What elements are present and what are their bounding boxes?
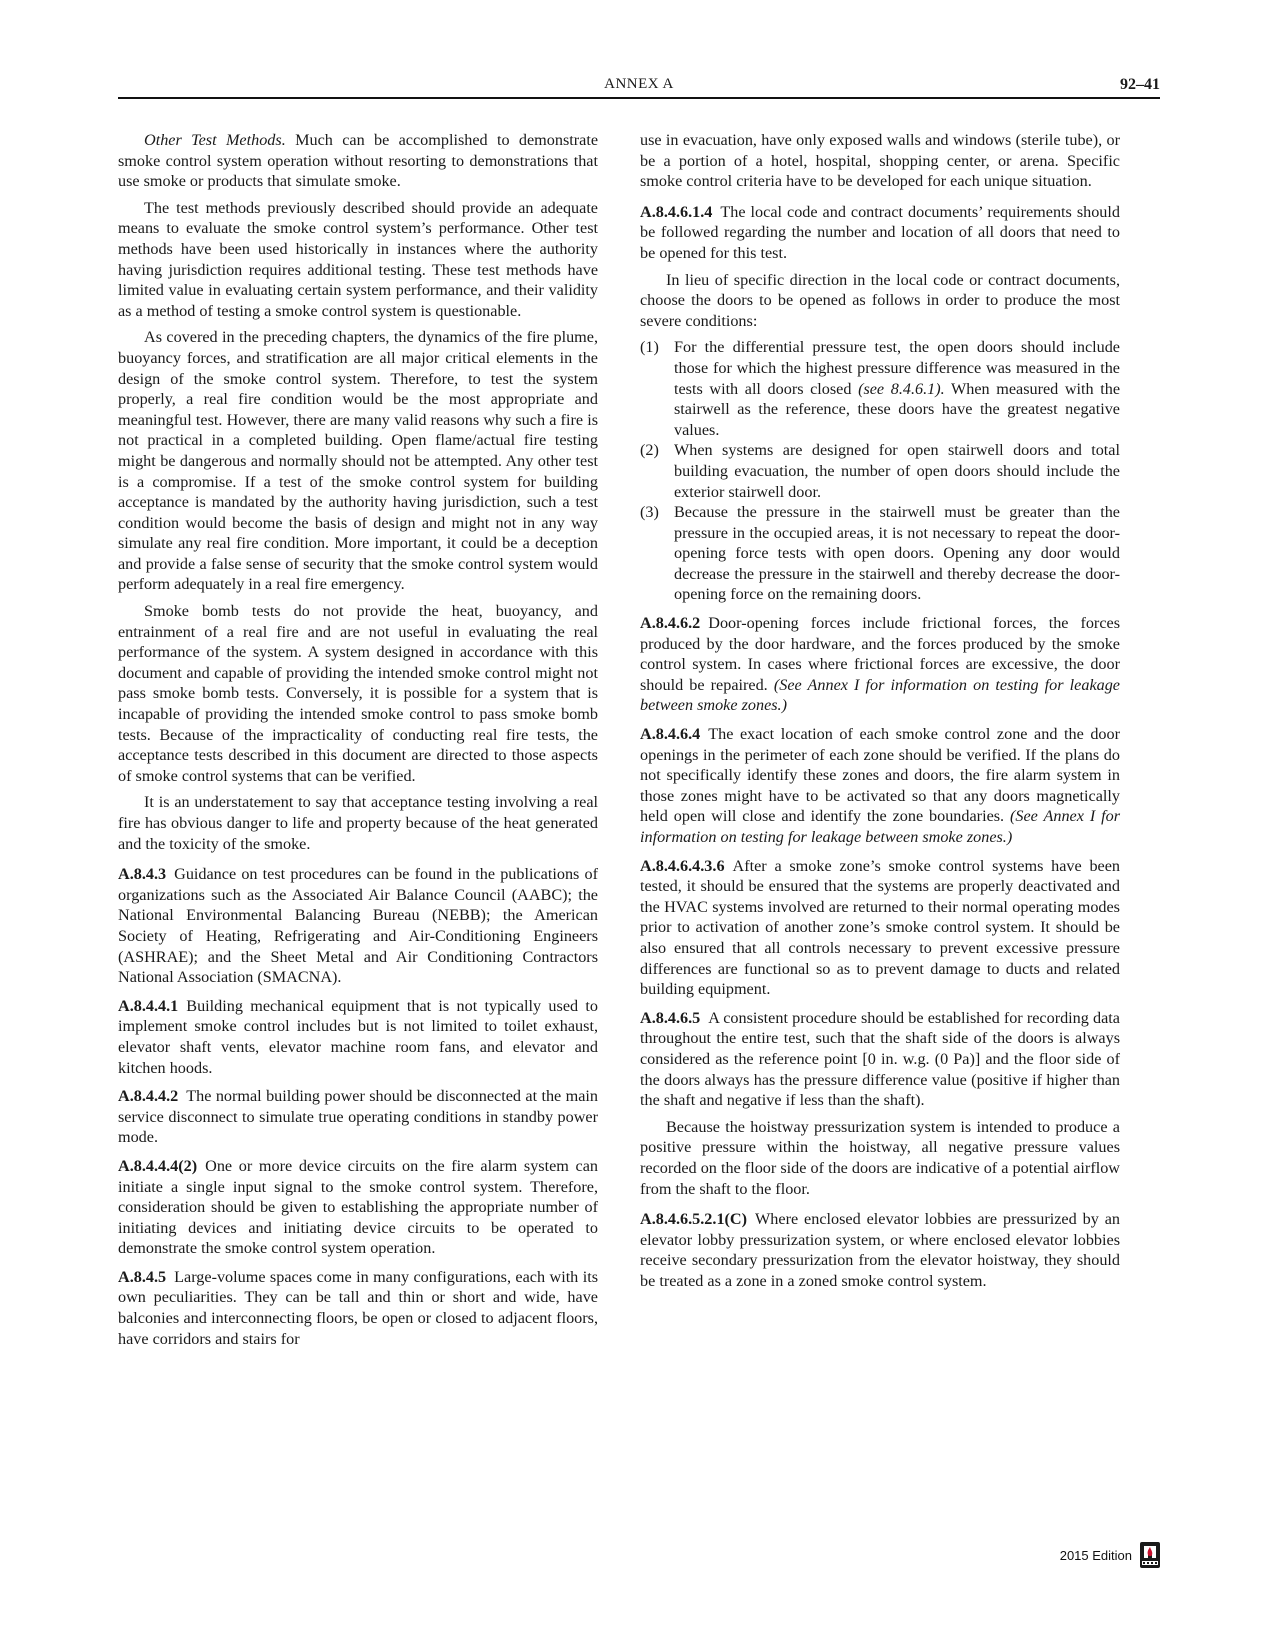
section-A-8-4-6-5-2-1-C: A.8.4.6.5.2.1(C)Where enclosed elevator …: [640, 1209, 1120, 1291]
list-number: (2): [640, 440, 659, 461]
list-item: (2)When systems are designed for open st…: [640, 440, 1120, 502]
section-number: A.8.4.4.4(2): [118, 1157, 197, 1175]
header-rule: [118, 97, 1160, 99]
section-A-8-4-6-4-3-6: A.8.4.6.4.3.6After a smoke zone’s smoke …: [640, 856, 1120, 1000]
paragraph: The test methods previously described sh…: [118, 198, 598, 322]
section-A-8-4-6-1-4: A.8.4.6.1.4The local code and contract d…: [640, 202, 1120, 264]
cross-reference: (see 8.4.6.1).: [858, 380, 945, 398]
section-number: A.8.4.5: [118, 1268, 166, 1286]
section-A-8-4-5: A.8.4.5Large-volume spaces come in many …: [118, 1267, 598, 1349]
section-number: A.8.4.3: [118, 865, 166, 883]
section-number: A.8.4.4.2: [118, 1087, 178, 1105]
list-item: (3)Because the pressure in the stairwell…: [640, 502, 1120, 605]
page-header: ANNEX A 92–41: [118, 76, 1160, 98]
list-number: (3): [640, 502, 659, 523]
section-A-8-4-4-4-2: A.8.4.4.4(2)One or more device circuits …: [118, 1156, 598, 1259]
section-A-8-4-4-1: A.8.4.4.1Building mechanical equipment t…: [118, 996, 598, 1078]
section-number: A.8.4.6.1.4: [640, 203, 712, 221]
section-A-8-4-6-5: A.8.4.6.5A consistent procedure should b…: [640, 1008, 1120, 1111]
running-head: ANNEX A: [118, 76, 1160, 93]
paragraph: As covered in the preceding chapters, th…: [118, 327, 598, 595]
list-number: (1): [640, 337, 659, 358]
page-footer: 2015 Edition: [1060, 1542, 1160, 1568]
section-number: A.8.4.6.5.2.1(C): [640, 1210, 747, 1228]
left-column: Other Test Methods. Much can be accompli…: [118, 130, 598, 1357]
paragraph: In lieu of specific direction in the loc…: [640, 270, 1120, 332]
section-A-8-4-6-2: A.8.4.6.2Door-opening forces include fri…: [640, 613, 1120, 716]
paragraph: Smoke bomb tests do not provide the heat…: [118, 601, 598, 786]
list-item: (1)For the differential pressure test, t…: [640, 337, 1120, 440]
page-number: 92–41: [1120, 76, 1160, 94]
section-number: A.8.4.6.5: [640, 1009, 700, 1027]
right-column: use in evacuation, have only exposed wal…: [640, 130, 1120, 1299]
section-A-8-4-6-4: A.8.4.6.4The exact location of each smok…: [640, 724, 1120, 848]
section-number: A.8.4.6.2: [640, 614, 700, 632]
paragraph: It is an understatement to say that acce…: [118, 792, 598, 854]
paragraph-other-test-methods: Other Test Methods. Much can be accompli…: [118, 130, 598, 192]
run-in-heading: Other Test Methods.: [144, 131, 286, 149]
section-number: A.8.4.6.4.3.6: [640, 857, 725, 875]
nfpa-logo-icon: [1140, 1542, 1160, 1568]
paragraph: Because the hoistway pressurization syst…: [640, 1117, 1120, 1199]
paragraph-continuation: use in evacuation, have only exposed wal…: [640, 130, 1120, 192]
section-A-8-4-4-2: A.8.4.4.2The normal building power shoul…: [118, 1086, 598, 1148]
section-number: A.8.4.4.1: [118, 997, 178, 1015]
edition-label: 2015 Edition: [1060, 1548, 1132, 1563]
section-number: A.8.4.6.4: [640, 725, 700, 743]
numbered-list: (1)For the differential pressure test, t…: [640, 337, 1120, 605]
section-A-8-4-3: A.8.4.3Guidance on test procedures can b…: [118, 864, 598, 988]
